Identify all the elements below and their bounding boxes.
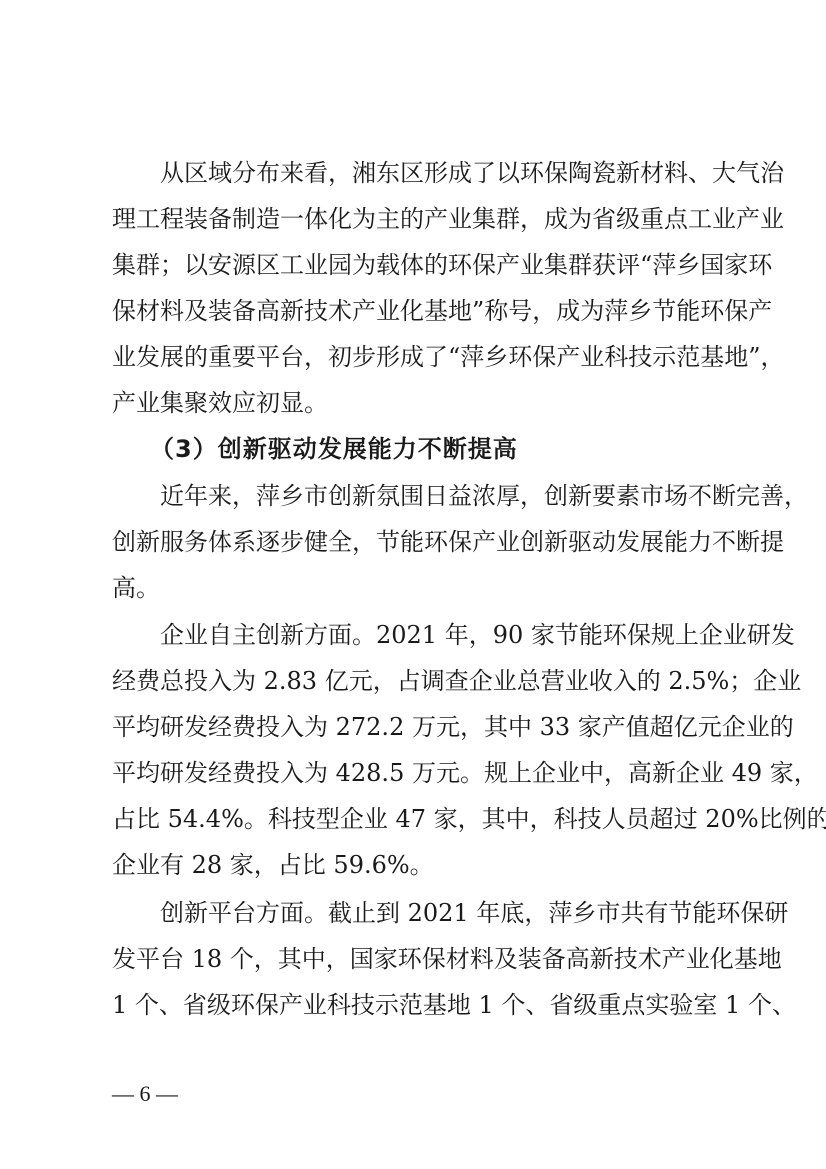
text-line: 平均研发经费投入为 428.5 万元。规上企业中，高新企业 49 家， — [112, 758, 722, 788]
text-line: 企业有 28 家，占比 59.6%。 — [112, 850, 722, 880]
text-line: 近年来，萍乡市创新氛围日益浓厚，创新要素市场不断完善， — [160, 481, 722, 511]
text-line: 平均研发经费投入为 272.2 万元，其中 33 家产值超亿元企业的 — [112, 712, 722, 742]
document-page: 从区域分布来看，湘东区形成了以环保陶瓷新材料、大气治 理工程装备制造一体化为主的… — [0, 0, 826, 1169]
text-line: 经费总投入为 2.83 亿元，占调查企业总营业收入的 2.5%；企业 — [112, 666, 722, 696]
text-line: 从区域分布来看，湘东区形成了以环保陶瓷新材料、大气治 — [160, 158, 722, 188]
text-line: 保材料及装备高新技术产业化基地”称号，成为萍乡节能环保产 — [112, 296, 722, 326]
text-line: 企业自主创新方面。2021 年，90 家节能环保规上企业研发 — [160, 620, 722, 650]
text-line: 业发展的重要平台，初步形成了“萍乡环保产业科技示范基地”， — [112, 342, 722, 372]
text-line: 高。 — [112, 573, 722, 603]
page-number: — 6 — — [112, 1080, 178, 1108]
text-line: 理工程装备制造一体化为主的产业集群，成为省级重点工业产业 — [112, 204, 722, 234]
text-line: 创新平台方面。截止到 2021 年底，萍乡市共有节能环保研 — [160, 898, 722, 928]
text-line: 创新服务体系逐步健全，节能环保产业创新驱动发展能力不断提 — [112, 527, 722, 557]
section-heading: （3）创新驱动发展能力不断提高 — [150, 434, 518, 464]
text-line: 1 个、省级环保产业科技示范基地 1 个、省级重点实验室 1 个、 — [112, 990, 722, 1020]
text-line: 占比 54.4%。科技型企业 47 家，其中，科技人员超过 20%比例的 — [112, 804, 722, 834]
text-line: 集群；以安源区工业园为载体的环保产业集群获评“萍乡国家环 — [112, 250, 722, 280]
text-line: 产业集聚效应初显。 — [112, 388, 722, 418]
text-line: 发平台 18 个，其中，国家环保材料及装备高新技术产业化基地 — [112, 944, 722, 974]
